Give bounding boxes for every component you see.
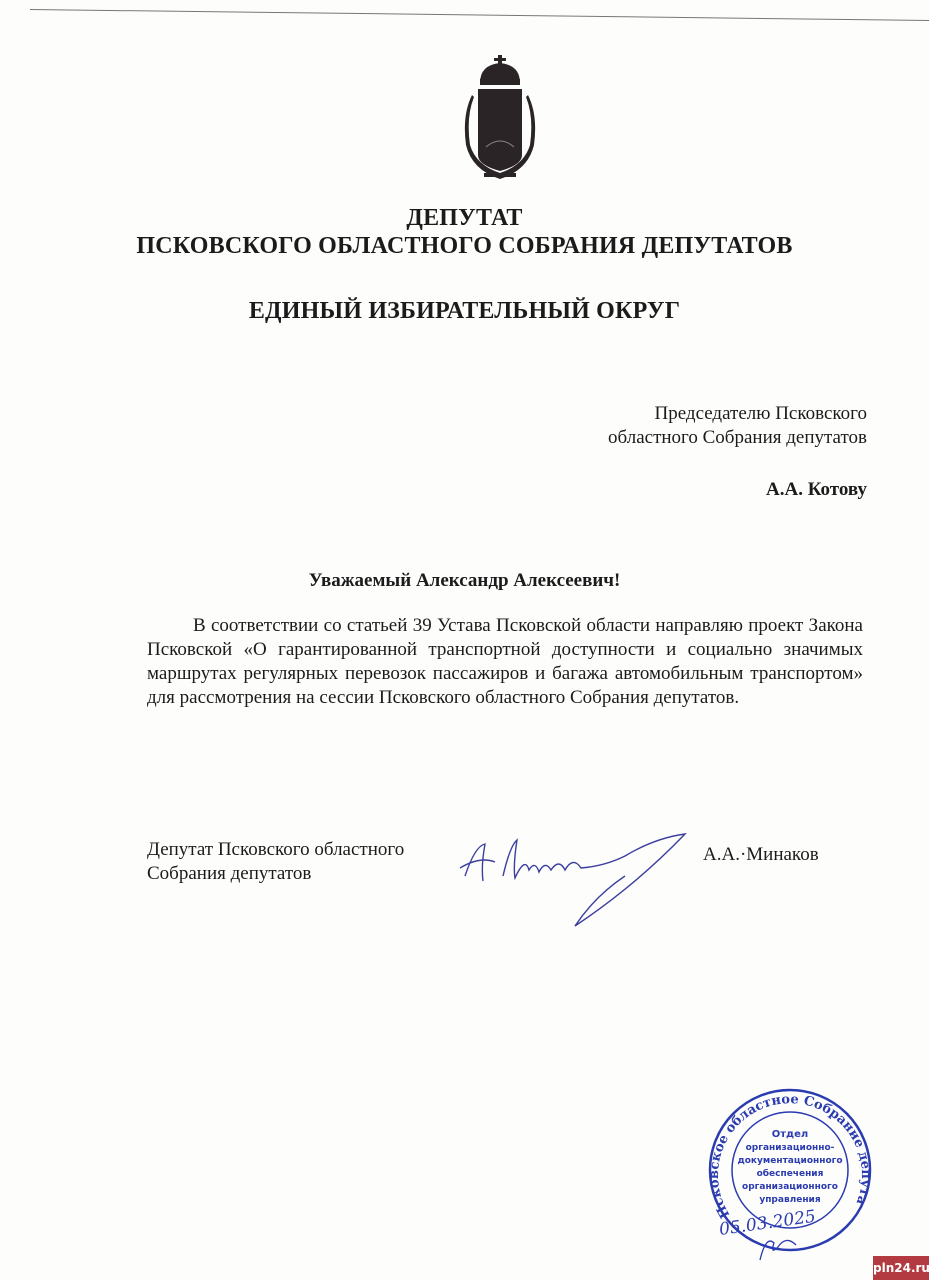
handwritten-signature-icon [455,826,700,936]
addressee-line1: Председателю Псковского [655,402,868,426]
position-line2: Собрания депутатов [147,862,404,886]
svg-text:05.03.2025: 05.03.2025 [718,1207,817,1240]
watermark: pln24.ru [873,1256,929,1280]
title-assembly: ПСКОВСКОГО ОБЛАСТНОГО СОБРАНИЯ ДЕПУТАТОВ [0,233,929,260]
svg-text:обеспечения: обеспечения [757,1168,824,1179]
addressee-line2: областного Собрания депутатов [608,426,867,450]
title-deputy: ДЕПУТАТ [0,205,929,232]
signatory-position: Депутат Псковского областного Собрания д… [147,838,404,886]
coat-of-arms-icon [450,55,550,185]
subtitle-district: ЕДИНЫЙ ИЗБИРАТЕЛЬНЫЙ ОКРУГ [0,298,929,325]
svg-text:организационно-: организационно- [746,1143,835,1153]
addressee-name: А.А. Котову [766,478,867,502]
position-line1: Депутат Псковского областного [147,838,404,862]
letter-body: В соответствии со статьей 39 Устава Пско… [147,614,863,710]
svg-text:документационного: документационного [737,1156,842,1166]
greeting: Уважаемый Александр Алексеевич! [0,570,929,592]
svg-text:управления: управления [759,1195,821,1205]
office-stamp-icon: Отдел организационно- документационного … [700,1085,880,1265]
svg-text:Отдел: Отдел [772,1129,808,1140]
svg-text:организационного: организационного [742,1182,838,1192]
signatory-name: А.А.·Минаков [703,844,819,866]
body-paragraph: В соответствии со статьей 39 Устава Пско… [147,614,863,710]
scan-edge-line [30,9,929,21]
